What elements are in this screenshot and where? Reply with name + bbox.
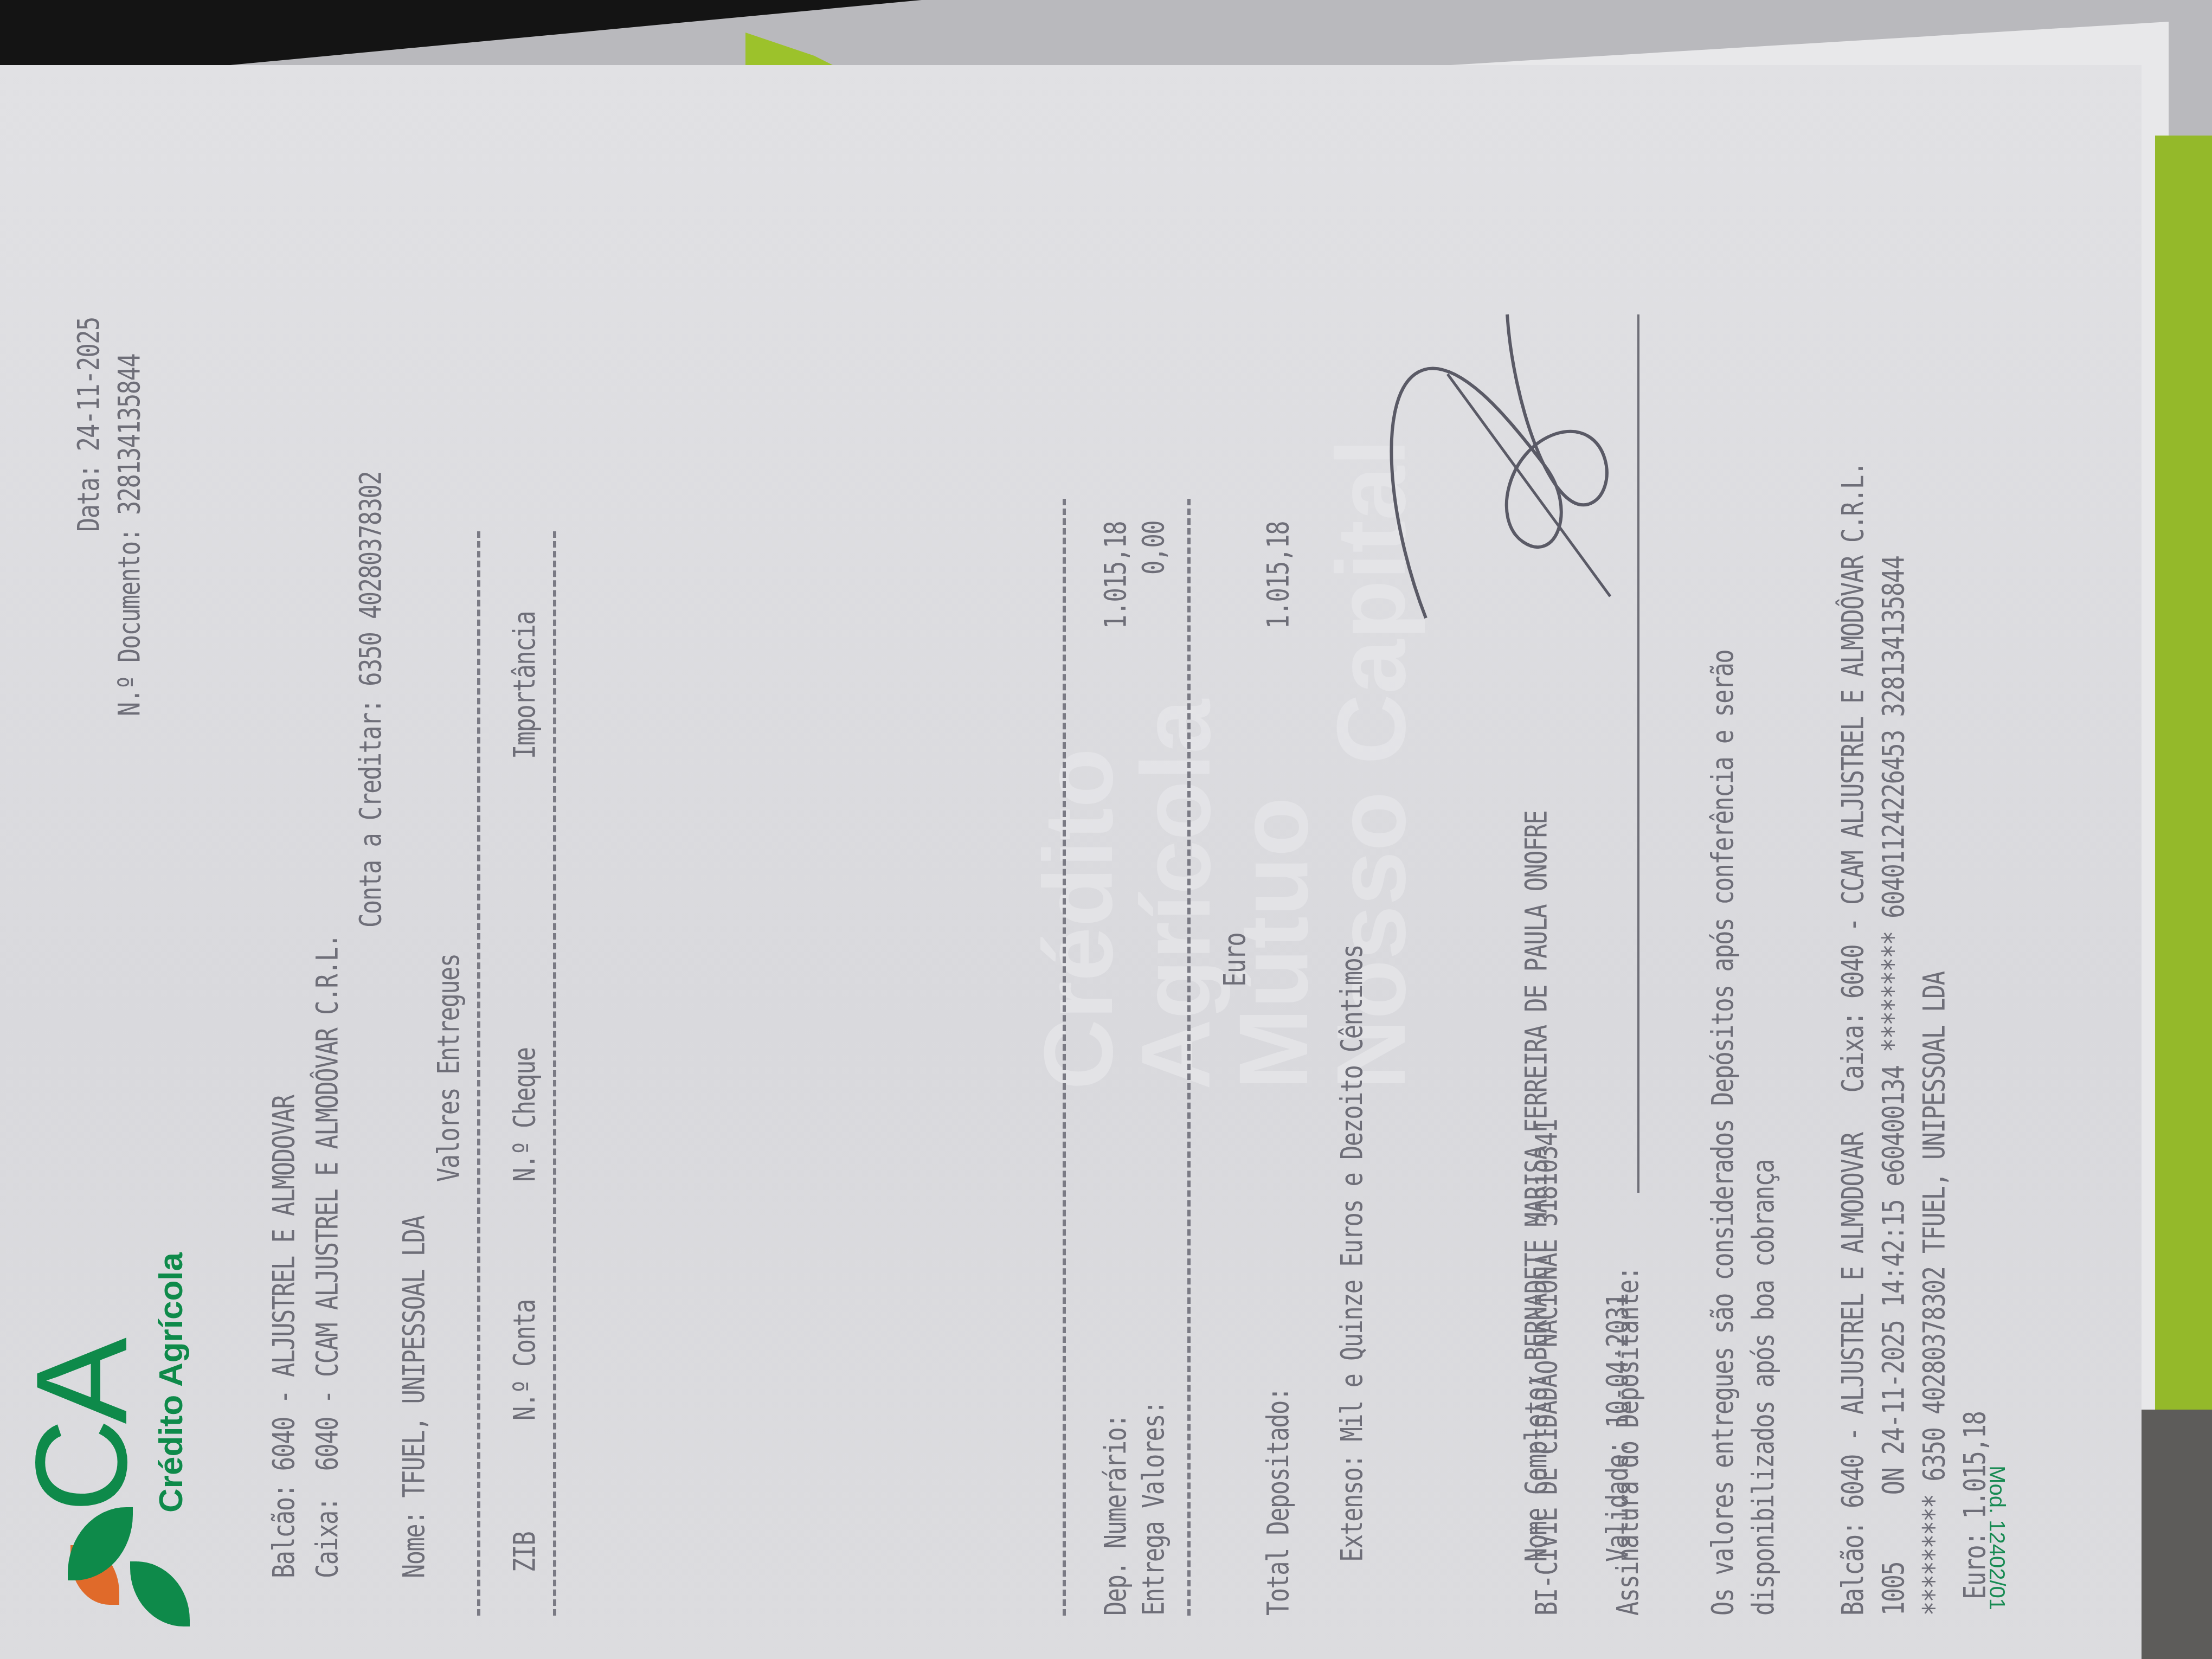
total-label: Total Depositado: — [1263, 1387, 1294, 1616]
col-zib: ZIB — [510, 1532, 540, 1572]
receipt-wrapper: Crédito Agrícola Mútuo Nosso Capital CA … — [0, 65, 2142, 1659]
desk-surface — [2142, 1410, 2212, 1659]
doc-number-value: 328134135844 — [112, 354, 147, 515]
disclaimer-line-2: disponibilizados após boa cobrança — [1748, 1160, 1779, 1616]
extenso-value: Mil e Quinze Euros e Dezoito Cêntimos — [1334, 945, 1369, 1441]
extenso-row: Extenso: Mil e Quinze Euros e Dezoito Cê… — [1307, 945, 1398, 1616]
signature-line — [1637, 314, 1639, 1193]
conta-row: Conta a Creditar: 6350 40280378302 — [325, 472, 416, 981]
doc-number-label: N.º Documento: — [112, 529, 147, 716]
extenso-label: Extenso: — [1334, 1455, 1369, 1562]
logo-ca: CA — [16, 1343, 146, 1513]
currency-label: Euro — [1220, 933, 1250, 987]
nome-value: TFUEL, UNIPESSOAL LDA — [396, 1216, 432, 1497]
footer-line-3: ********* 6350 40280378302 TFUEL, UNIPES… — [1919, 972, 1950, 1616]
logo-leaf-green-icon — [130, 1561, 190, 1626]
depositor-id: BI-CIVIL DE CIDADÃO NACIONAL 31810341 — [1532, 1120, 1562, 1616]
disclaimer-line-1: Os valores entregues são considerados De… — [1708, 650, 1738, 1616]
logo-bank-name: Crédito Agrícola — [152, 1252, 190, 1513]
form-model-number: Mod. 12402/01 — [1984, 1465, 2009, 1610]
footer-line-1: Balcão: 6040 - ALJUSTREL E ALMODOVAR Cai… — [1838, 462, 1868, 1616]
divider — [477, 531, 480, 1616]
entrega-valores-label: Entrega Valores: — [1139, 1401, 1169, 1616]
col-cheque: N.º Cheque — [510, 1048, 540, 1182]
entrega-valores-value: 0,00 — [1139, 521, 1169, 575]
nome-row: Nome: TFUEL, UNIPESSOAL LDA — [369, 1216, 460, 1632]
divider — [1187, 499, 1191, 1616]
caixa-row: Caixa: 6040 - CCAM ALJUSTREL E ALMODÔVAR… — [282, 935, 373, 1632]
conta-value: 6350 40280378302 — [353, 472, 388, 686]
assinatura-label: Assinatura do Depositante: — [1613, 1267, 1643, 1616]
signature-scribble — [1382, 304, 1626, 629]
logo-leaf-green-icon — [68, 1507, 133, 1580]
doc-number-row: N.º Documento: 328134135844 — [84, 354, 175, 770]
total-value: 1.015,18 — [1263, 522, 1294, 629]
divider — [553, 531, 556, 1616]
nome-label: Nome: — [396, 1511, 432, 1578]
footer-line-2: 1005 ON 24-11-2025 14:42:15 e60400134 **… — [1879, 556, 1909, 1616]
deposit-receipt: Crédito Agrícola Mútuo Nosso Capital CA … — [0, 65, 2142, 1659]
caixa-label: Caixa: — [310, 1498, 345, 1578]
valores-title: Valores Entregues — [434, 954, 464, 1182]
divider — [1063, 499, 1066, 1616]
conta-label: Conta a Creditar: — [353, 700, 388, 928]
dep-numerario-value: 1.015,18 — [1101, 522, 1131, 629]
caixa-value: 6040 - CCAM ALJUSTREL E ALMODÔVAR C.R.L. — [310, 935, 345, 1471]
dep-numerario-label: Dep. Numerário: — [1101, 1414, 1131, 1616]
col-importancia: Importância — [510, 612, 540, 759]
bank-logo: CA Crédito Agrícola — [11, 1247, 173, 1626]
col-conta: N.º Conta — [510, 1300, 540, 1420]
